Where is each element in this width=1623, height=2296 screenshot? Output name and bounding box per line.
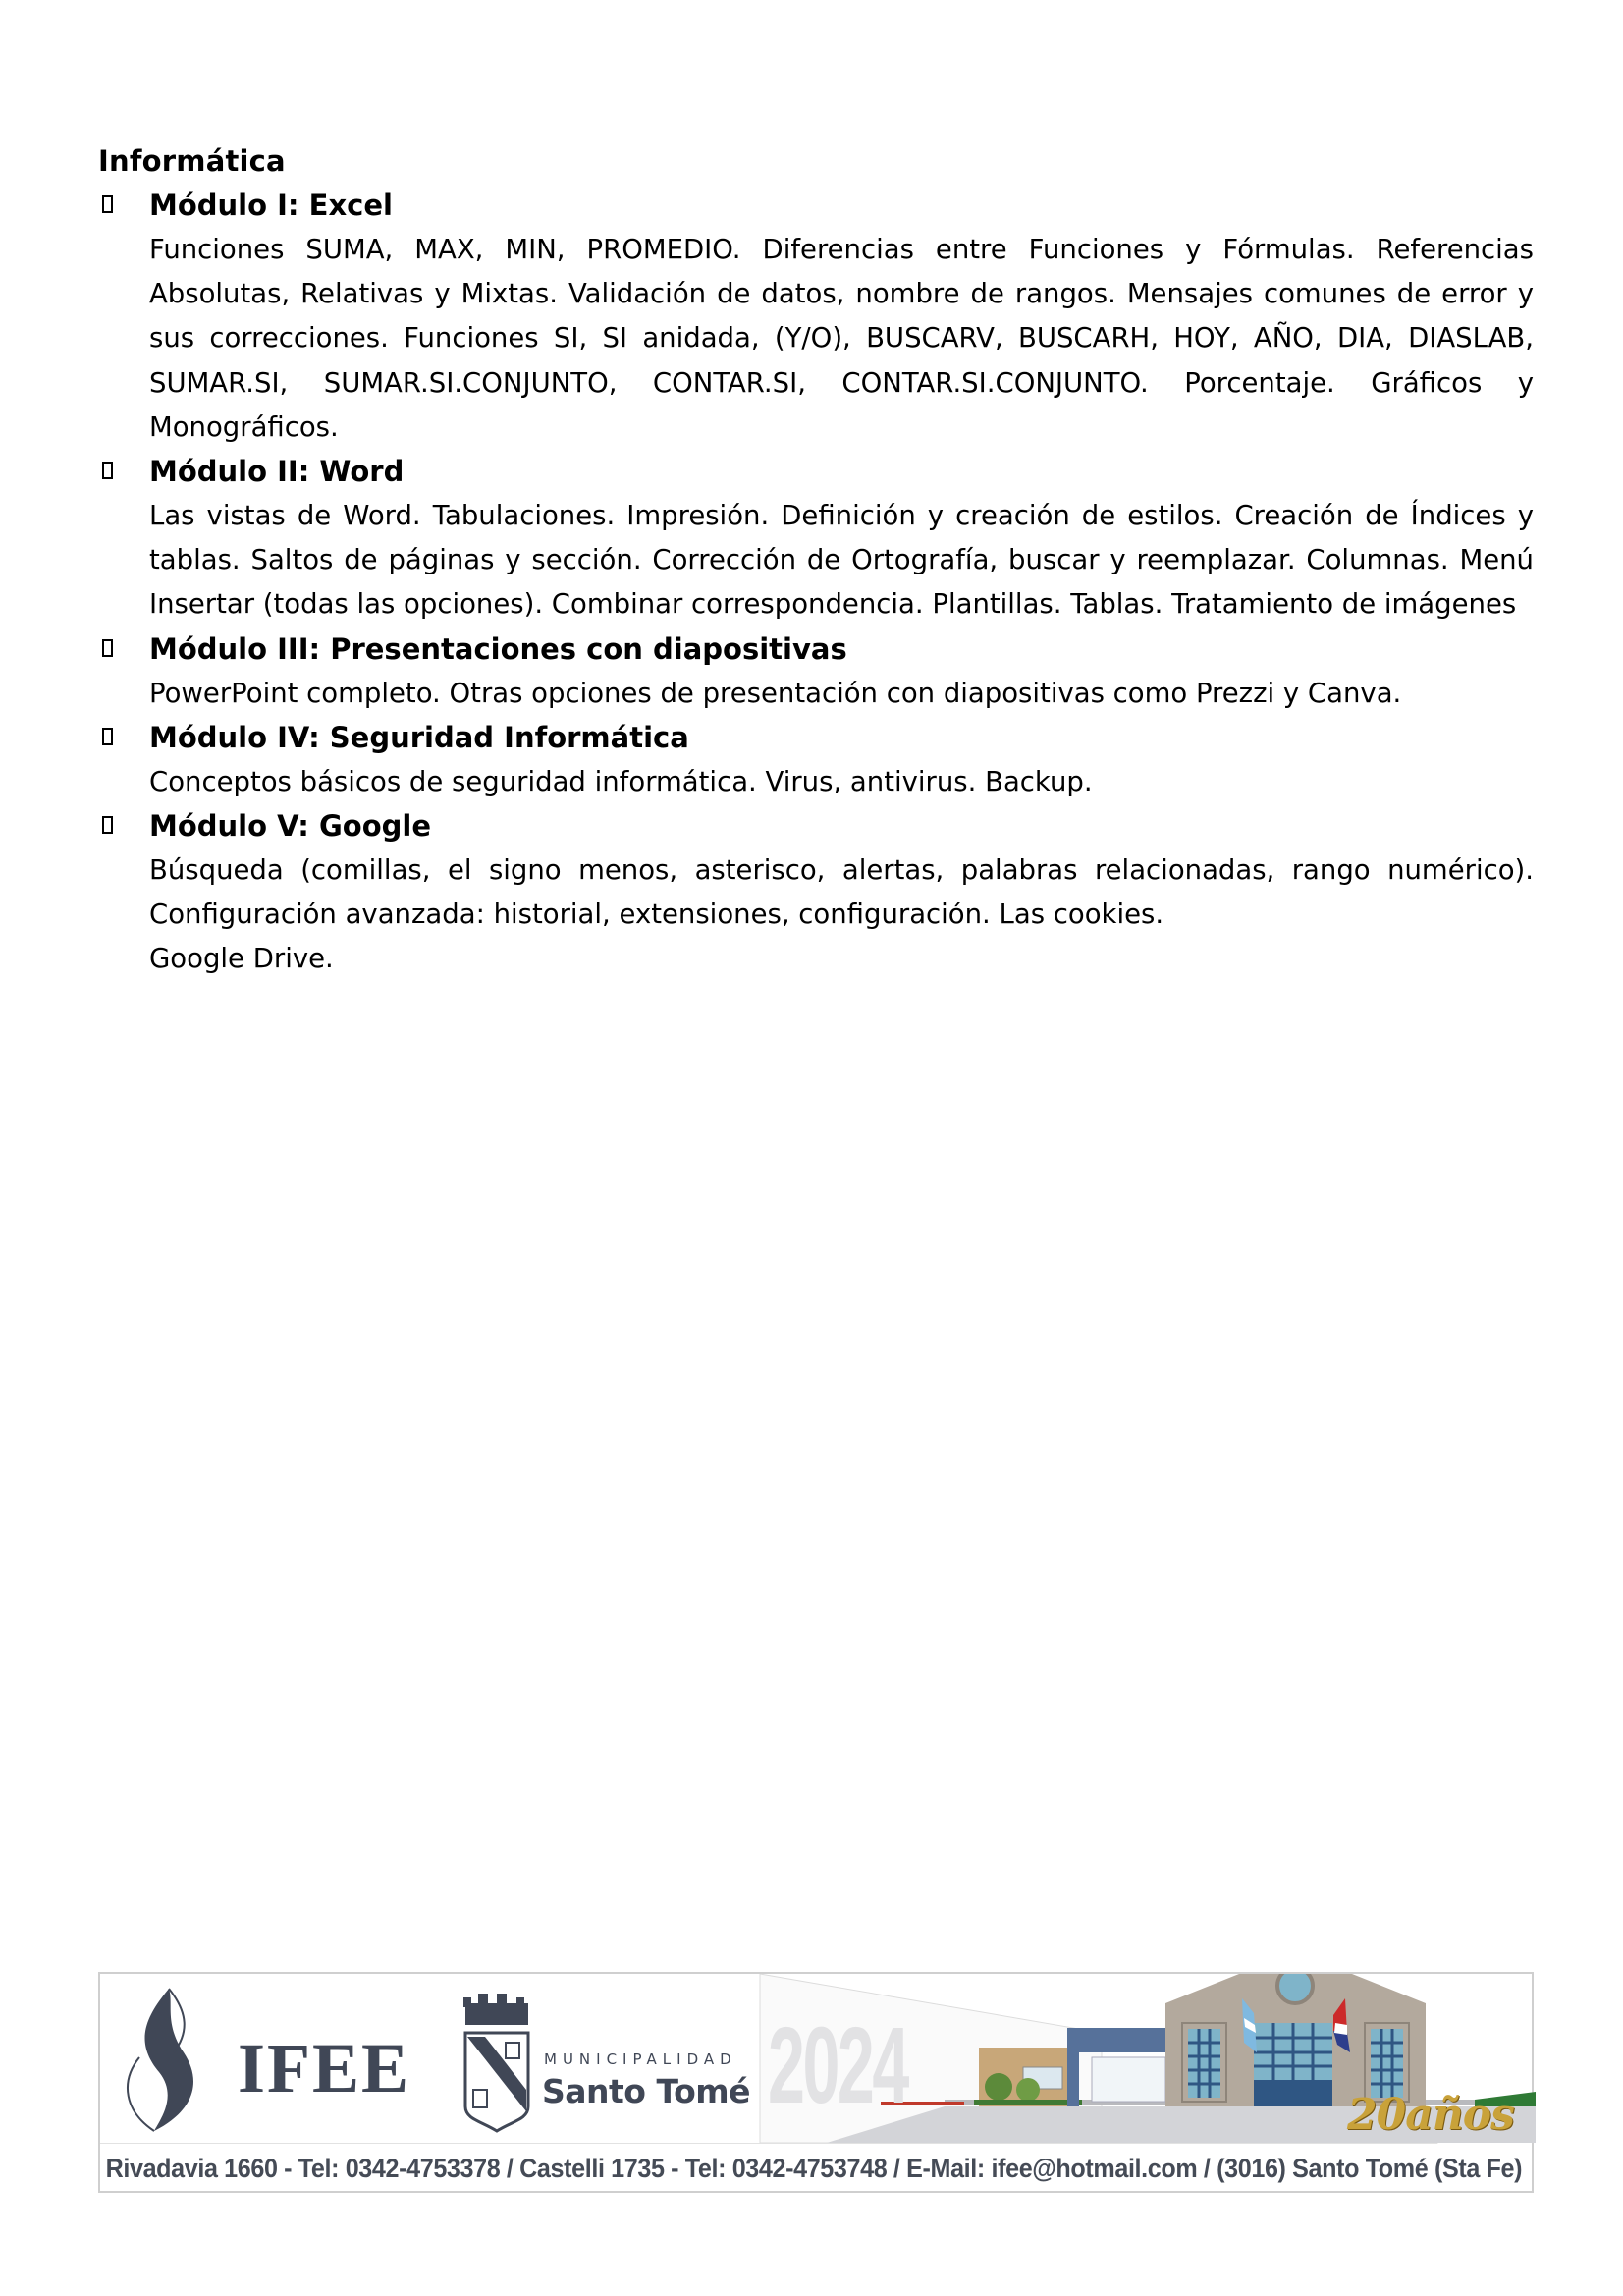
module-heading: Módulo III: Presentaciones con diapositi… (98, 628, 1534, 672)
year-watermark: 2024 (768, 2003, 907, 2128)
module-heading: Módulo I: Excel (98, 184, 1534, 228)
bullet-box-icon (102, 195, 113, 213)
module-heading: Módulo IV: Seguridad Informática (98, 716, 1534, 760)
module-body: Las vistas de Word. Tabulaciones. Impres… (98, 494, 1534, 628)
bullet-box-icon (102, 816, 113, 834)
ifee-logo-text: IFEE (238, 2033, 410, 2104)
anniversary-badge: 20años (1347, 2090, 1514, 2140)
santo-tome-crest-icon (463, 1994, 528, 2131)
module-body: Conceptos básicos de seguridad informáti… (98, 760, 1534, 804)
section-title: Informática (98, 139, 1534, 184)
municipality-name: Santo Tomé (542, 2072, 750, 2110)
contact-line: Rivadavia 1660 - Tel: 0342-4753378 / Cas… (100, 2143, 1437, 2194)
bullet-box-icon (102, 639, 113, 657)
footer-graphics: IFEE MUNICIPALIDAD Santo Tomé 2024 20año… (100, 1974, 1532, 2143)
municipality-label: MUNICIPALIDAD (544, 2050, 737, 2068)
module-body: Búsqueda (comillas, el signo menos, aste… (98, 848, 1534, 982)
bullet-box-icon (102, 728, 113, 745)
bullet-box-icon (102, 462, 113, 479)
module-body: PowerPoint completo. Otras opciones de p… (98, 672, 1534, 716)
module-body: Funciones SUMA, MAX, MIN, PROMEDIO. Dife… (98, 228, 1534, 450)
footer-banner: IFEE MUNICIPALIDAD Santo Tomé 2024 20año… (98, 1972, 1534, 2193)
ifee-flame-icon (128, 1989, 193, 2131)
module-heading: Módulo II: Word (98, 450, 1534, 494)
document-content: Informática Módulo I: Excel Funciones SU… (98, 139, 1534, 982)
module-heading: Módulo V: Google (98, 804, 1534, 848)
